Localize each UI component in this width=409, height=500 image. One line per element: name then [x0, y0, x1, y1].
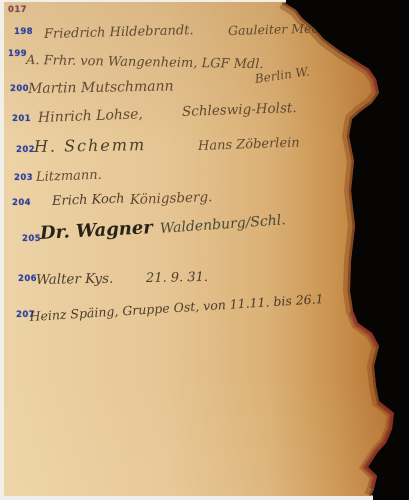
signature-line: Hinrich Lohse,: [38, 106, 143, 126]
signature-line: Walter Kys.: [36, 271, 114, 288]
scan-border-bottom: [0, 496, 373, 500]
scan-border-left: [0, 0, 5, 500]
signatures-layer: Friedrich Hildebrandt. Gauleiter Mecklbg…: [0, 0, 409, 500]
signature-line: Martin Mutschmann: [28, 78, 174, 97]
signature-line: H. Schemm: [34, 135, 146, 156]
signature-annotation: Schleswig-Holst.: [182, 100, 297, 120]
signature-line: A. Frhr. von Wangenheim, LGF Mdl.: [26, 53, 264, 72]
document-scan-page: 017 198 199 200 201 202 203 204 205 206 …: [0, 0, 409, 500]
signature-line: Dr. Wagner: [39, 217, 153, 244]
signature-line: Litzmann.: [36, 168, 102, 185]
signature-annotation: Hans Zöberlein: [198, 135, 300, 154]
signature-line: Heinz Späing, Gruppe Ost, von 11.11. bis…: [29, 291, 324, 324]
signature-line: Erich Koch: [52, 191, 125, 209]
signature-annotation: Waldenburg/Schl.: [159, 212, 286, 237]
signature-line: Friedrich Hildebrandt.: [44, 23, 194, 42]
signature-annotation: 21. 9. 31.: [146, 270, 208, 286]
signature-annotation: Königsberg.: [130, 189, 213, 208]
